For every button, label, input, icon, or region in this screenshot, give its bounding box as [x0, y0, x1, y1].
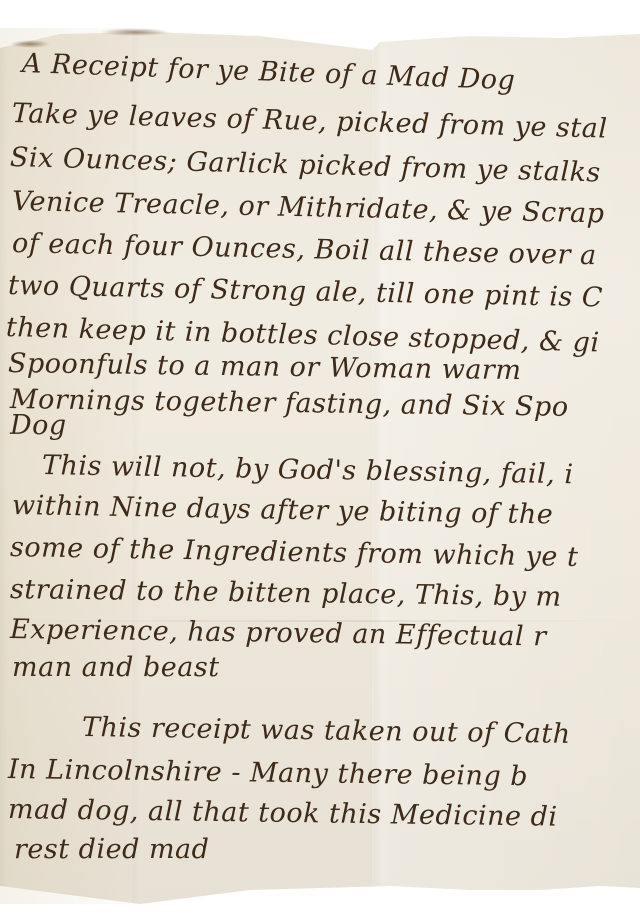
text-line: In Lincolnshire - Many there being b [8, 754, 529, 792]
text-line: Dog [10, 410, 67, 441]
text-line: of each four Ounces, Boil all these over… [12, 228, 597, 271]
text-line: strained to the bitten place, This, by m [10, 574, 562, 613]
text-line: This will not, by God's blessing, fail, … [42, 450, 574, 490]
heading-line: A Receipt for ye Bite of a Mad Dog [21, 48, 515, 96]
text-line: This receipt was taken out of Cath [82, 712, 571, 750]
text-line: within Nine days after ye biting of the [12, 490, 554, 530]
manuscript-text: A Receipt for ye Bite of a Mad Dog Take … [0, 0, 640, 918]
text-line: mad dog, all that took this Medicine di [8, 794, 558, 833]
text-line: man and beast [12, 652, 220, 683]
text-line: rest died mad [14, 834, 209, 865]
text-line: Spoonfuls to a man or Woman warm [8, 348, 522, 386]
text-line: some of the Ingredients from which ye t [10, 532, 579, 573]
text-line: two Quarts of Strong ale, till one pint … [8, 270, 604, 313]
text-line: Experience, has proved an Effectual r [10, 614, 547, 652]
text-line: Venice Treacle, or Mithridate, & ye Scra… [12, 186, 605, 229]
text-line: Take ye leaves of Rue, picked from ye st… [12, 98, 608, 145]
text-line: Six Ounces; Garlick picked from ye stalk… [10, 142, 602, 188]
text-line: Mornings together fasting, and Six Spo [10, 384, 569, 423]
